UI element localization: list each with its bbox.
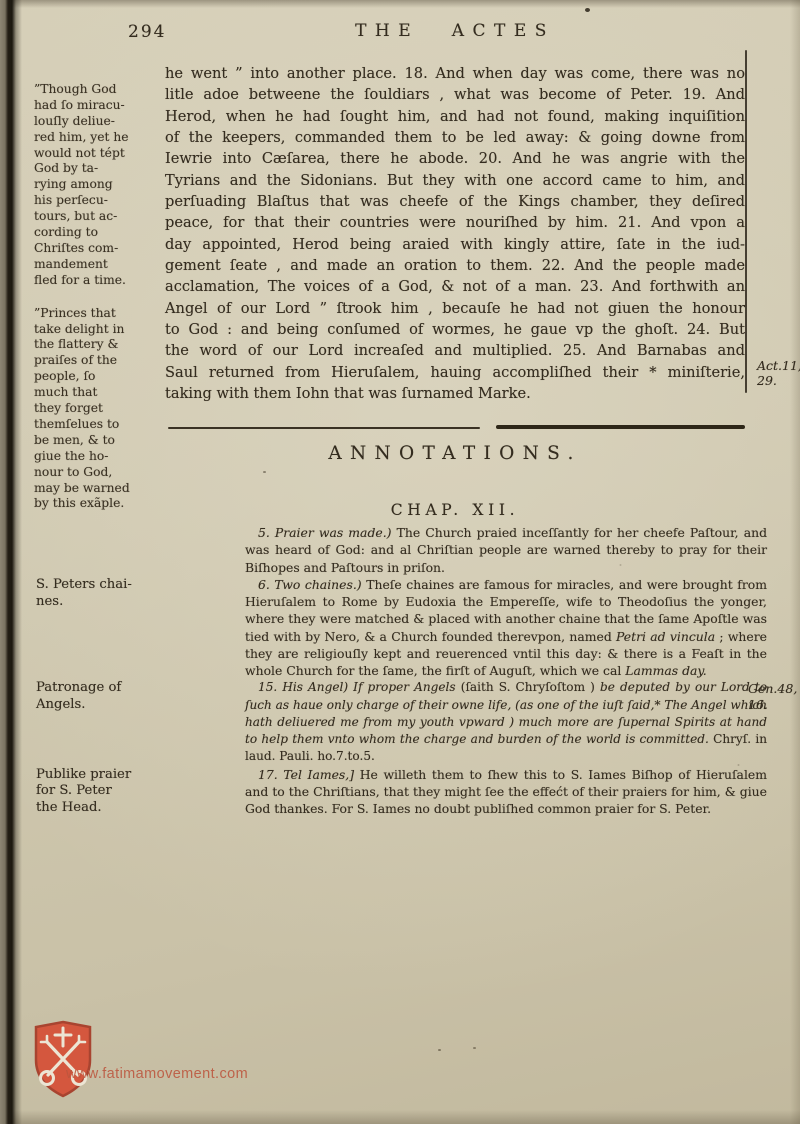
annotation-lead: 5. Praier was made.) [258,525,391,540]
verse-line: litle adoe betweene the ſouldiars , what… [165,84,745,105]
verse-line: to God : and being conſumed of wormes, h… [165,319,745,340]
verse-line: peace, for that their countries were nou… [165,212,745,233]
verse-line: day appointed, Herod being araied with k… [165,234,745,255]
verse-line: Tyrians and the Sidonians. But they with… [165,170,745,191]
section-rule-right [496,425,745,429]
crossed-keys-shield-icon [32,1020,94,1098]
book-spine-shadow [0,0,22,1124]
annotations-heading: ANNOTATIONS. [110,443,800,464]
chapter-heading: CHAP. XII. [110,501,800,519]
annotation-margin-label: Publike praier for S. Peter the Head. [36,767,196,817]
annotations-block: 5. Praier was made.) The Church praied i… [245,524,767,817]
verse-line: Iewrie into Cæſarea, there he abode. 20.… [165,148,745,169]
annotation-margin-label: S. Peters chai- nes. [36,577,196,611]
verse-line: taking with them Iohn that was ſurnamed … [165,383,745,404]
section-rule-left [168,427,480,429]
verse-line: he went ” into another place. 18. And wh… [165,63,745,84]
annotation-text: (ſaith S. Chryſoſtom ) [456,680,600,694]
annotation-margin-label: Patronage of Angels. [36,680,196,714]
verse-line: the word of our Lord increaſed and multi… [165,340,745,361]
scanned-book-page: 294 THE ACTES ”Though God had ſo miracu-… [0,0,800,1124]
watermark-url: www.fatimamovement.com [66,1066,248,1082]
annotation-paragraph: S. Peters chai- nes. 6. Two chaines.) Th… [245,576,767,680]
verse-line: Herod, when he had ſought him, and had n… [165,106,745,127]
column-divider-rule [745,50,747,393]
page-specks [585,8,590,12]
page-bottom-shadow [0,1110,800,1124]
annotation-lead: 17. Tel Iames,] [258,767,354,782]
verse-line: acclamation, The voices of a God, & not … [165,276,745,297]
annotation-latin: Lammas day. [625,663,706,678]
verse-line: of the keepers, commanded them to be led… [165,127,745,148]
annotation-paragraph: Publike praier for S. Peter the Head. 17… [245,766,767,818]
page-right-shadow [790,0,800,1124]
verse-line: Angel of our Lord ” ſtrook him , becauſe… [165,298,745,319]
margin-ref-acts: Act.11, 29. [757,358,800,388]
annotation-paragraph: 5. Praier was made.) The Church praied i… [245,524,767,576]
annotation-lead: 15. His Angel) If proper Angels [258,680,456,694]
annotation-lead: 6. Two chaines.) [258,577,362,592]
verse-line: Saul returned from Hieruſalem, hauing ac… [165,362,745,383]
running-title: THE ACTES [110,21,800,41]
page-top-shadow [0,0,800,8]
verse-line: gement ſeate , and made an oration to th… [165,255,745,276]
verse-text-block: he went ” into another place. 18. And wh… [165,63,745,405]
annotation-paragraph: Patronage of Angels. Gen.48, 16. 15. His… [245,679,767,765]
margin-ref-genesis: Gen.48, 16. [748,681,800,713]
margin-note-2: ”Princes that take delight in the flatte… [34,306,164,513]
annotation-latin: Petri ad vincula [616,629,715,644]
verse-line: perſuading Blaſtus that was cheefe of th… [165,191,745,212]
margin-note-1: ”Though God had ſo miracu- louſly deliue… [34,82,164,289]
